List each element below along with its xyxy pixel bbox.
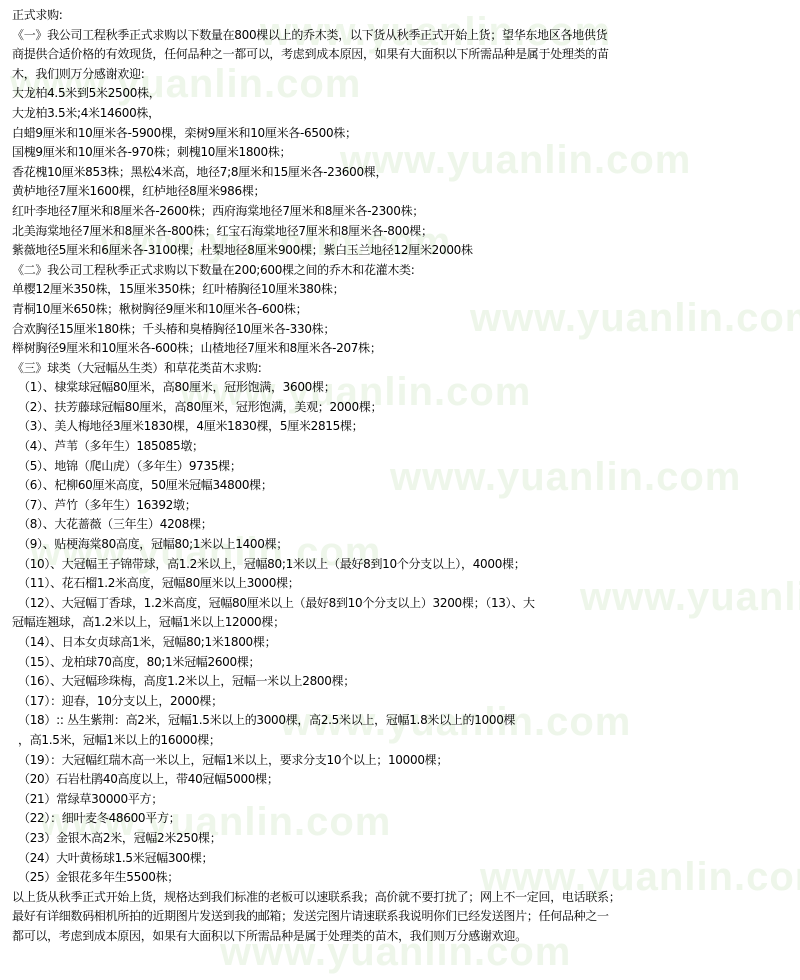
list-item: （6）、杞柳60厘米高度，50厘米冠幅34800棵；	[12, 476, 800, 496]
list-item: （11）、花石榴1.2米高度，冠幅80厘米以上3000棵；	[12, 574, 800, 594]
list-item-cont: 冠幅连翘球，高1.2米以上，冠幅1米以上12000棵；	[12, 613, 800, 633]
list-item: （16）、大冠幅珍珠梅，高度1.2米以上，冠幅一米以上2800棵；	[12, 672, 800, 692]
section-heading-cont: 商提供合适价格的有效现货，任何品种之一都可以，考虑到成本原因，如果有大面积以下所…	[12, 45, 800, 65]
list-item: （22）：细叶麦冬48600平方；	[12, 809, 800, 829]
footer-line: 都可以，考虑到成本原因，如果有大面积以下所需品种是属于处理类的苗木，我们则万分感…	[12, 927, 800, 947]
list-item: （15）、龙柏球70高度，80;1米冠幅2600棵；	[12, 653, 800, 673]
list-item: （25）金银花多年生5500株；	[12, 868, 800, 888]
list-item: 北美海棠地径7厘米和8厘米各-800株；红宝石海棠地径7厘米和8厘米各-800棵…	[12, 222, 800, 242]
footer-line: 以上货从秋季正式开始上货，规格达到我们标准的老板可以速联系我；高价就不要打扰了；…	[12, 888, 800, 908]
list-item: （8）、大花蔷薇（三年生）4208棵；	[12, 515, 800, 535]
section-two: 《二》我公司工程秋季正式求购以下数量在200;600棵之间的乔木和花灌木类: 单…	[12, 261, 800, 359]
list-item: 白蜡9厘米和10厘米各-5900棵，栾树9厘米和10厘米各-6500株；	[12, 124, 800, 144]
section-heading-cont: 木，我们则万分感谢欢迎:	[12, 65, 800, 85]
purchase-notice: 正式求购: 《一》我公司工程秋季正式求购以下数量在800棵以上的乔木类，以下货从…	[0, 0, 800, 947]
list-item: （9）、贴梗海棠80高度，冠幅80;1米以上1400棵；	[12, 535, 800, 555]
list-item: （24）大叶黄杨球1.5米冠幅300棵；	[12, 849, 800, 869]
list-item: （4）、芦苇（多年生）185085墩；	[12, 437, 800, 457]
list-item: （19）：大冠幅红瑞木高一米以上，冠幅1米以上，要求分支10个以上；10000棵…	[12, 751, 800, 771]
list-item: 国槐9厘米和10厘米各-970株；刺槐10厘米1800株；	[12, 143, 800, 163]
list-item: 大龙柏4.5米到5米2500株，	[12, 84, 800, 104]
list-item: （20）石岩杜鹃40高度以上，带40冠幅5000棵；	[12, 770, 800, 790]
list-item: （2）、扶芳藤球冠幅80厘米，高80厘米，冠形饱满，美观；2000棵；	[12, 398, 800, 418]
section-heading: 《二》我公司工程秋季正式求购以下数量在200;600棵之间的乔木和花灌木类:	[12, 261, 800, 281]
list-item: 红叶李地径7厘米和8厘米各-2600株；西府海棠地径7厘米和8厘米各-2300株…	[12, 202, 800, 222]
list-item: （18）:: 丛生紫荆：高2米，冠幅1.5米以上的3000棵，高2.5米以上，冠…	[12, 711, 800, 731]
footer-note: 以上货从秋季正式开始上货，规格达到我们标准的老板可以速联系我；高价就不要打扰了；…	[12, 888, 800, 947]
list-item: 黄栌地径7厘米1600棵，红栌地径8厘米986棵；	[12, 182, 800, 202]
page-title: 正式求购:	[12, 6, 800, 26]
list-item: （1）、棣棠球冠幅80厘米，高80厘米，冠形饱满，3600棵；	[12, 378, 800, 398]
list-item: （3）、美人梅地径3厘米1830棵，4厘米1830棵，5厘米2815棵；	[12, 417, 800, 437]
section-heading: 《三》球类（大冠幅丛生类）和草花类苗木求购:	[12, 359, 800, 379]
list-item: （5）、地锦（爬山虎）（多年生）9735棵；	[12, 457, 800, 477]
list-item: （23）金银木高2米，冠幅2米250棵；	[12, 829, 800, 849]
section-one: 《一》我公司工程秋季正式求购以下数量在800棵以上的乔木类，以下货从秋季正式开始…	[12, 26, 800, 261]
list-item: 香花槐10厘米853株；黑松4米高，地径7;8厘米和15厘米各-23600棵，	[12, 163, 800, 183]
list-item: （7）、芦竹（多年生）16392墩；	[12, 496, 800, 516]
list-item: （17）：迎春，10分支以上，2000棵；	[12, 692, 800, 712]
list-item: 合欢胸径15厘米180株；千头椿和臭椿胸径10厘米各-330株；	[12, 320, 800, 340]
list-item: （14）、日本女贞球高1米，冠幅80;1米1800棵；	[12, 633, 800, 653]
list-item: （12）、大冠幅丁香球，1.2米高度，冠幅80厘米以上（最好8到10个分支以上）…	[12, 594, 800, 614]
section-heading: 《一》我公司工程秋季正式求购以下数量在800棵以上的乔木类，以下货从秋季正式开始…	[12, 26, 800, 46]
list-item: 单樱12厘米350株，15厘米350株；红叶椿胸径10厘米380株；	[12, 280, 800, 300]
list-item: 榉树胸径9厘米和10厘米各-600株；山楂地径7厘米和8厘米各-207株；	[12, 339, 800, 359]
list-item: （10）、大冠幅王子锦带球，高1.2米以上，冠幅80;1米以上（最好8到10个分…	[12, 555, 800, 575]
list-item: 紫薇地径5厘米和6厘米各-3100棵；杜梨地径8厘米900棵；紫白玉兰地径12厘…	[12, 241, 800, 261]
footer-line: 最好有详细数码相机所拍的近期图片发送到我的邮箱；发送完图片请速联系我说明你们已经…	[12, 907, 800, 927]
list-item-cont: ，高1.5米，冠幅1米以上的16000棵；	[12, 731, 800, 751]
list-item: 大龙柏3.5米;4米14600株，	[12, 104, 800, 124]
list-item: 青桐10厘米650株；楸树胸径9厘米和10厘米各-600株；	[12, 300, 800, 320]
list-item: （21）常绿草30000平方；	[12, 790, 800, 810]
section-three: 《三》球类（大冠幅丛生类）和草花类苗木求购: （1）、棣棠球冠幅80厘米，高80…	[12, 359, 800, 888]
